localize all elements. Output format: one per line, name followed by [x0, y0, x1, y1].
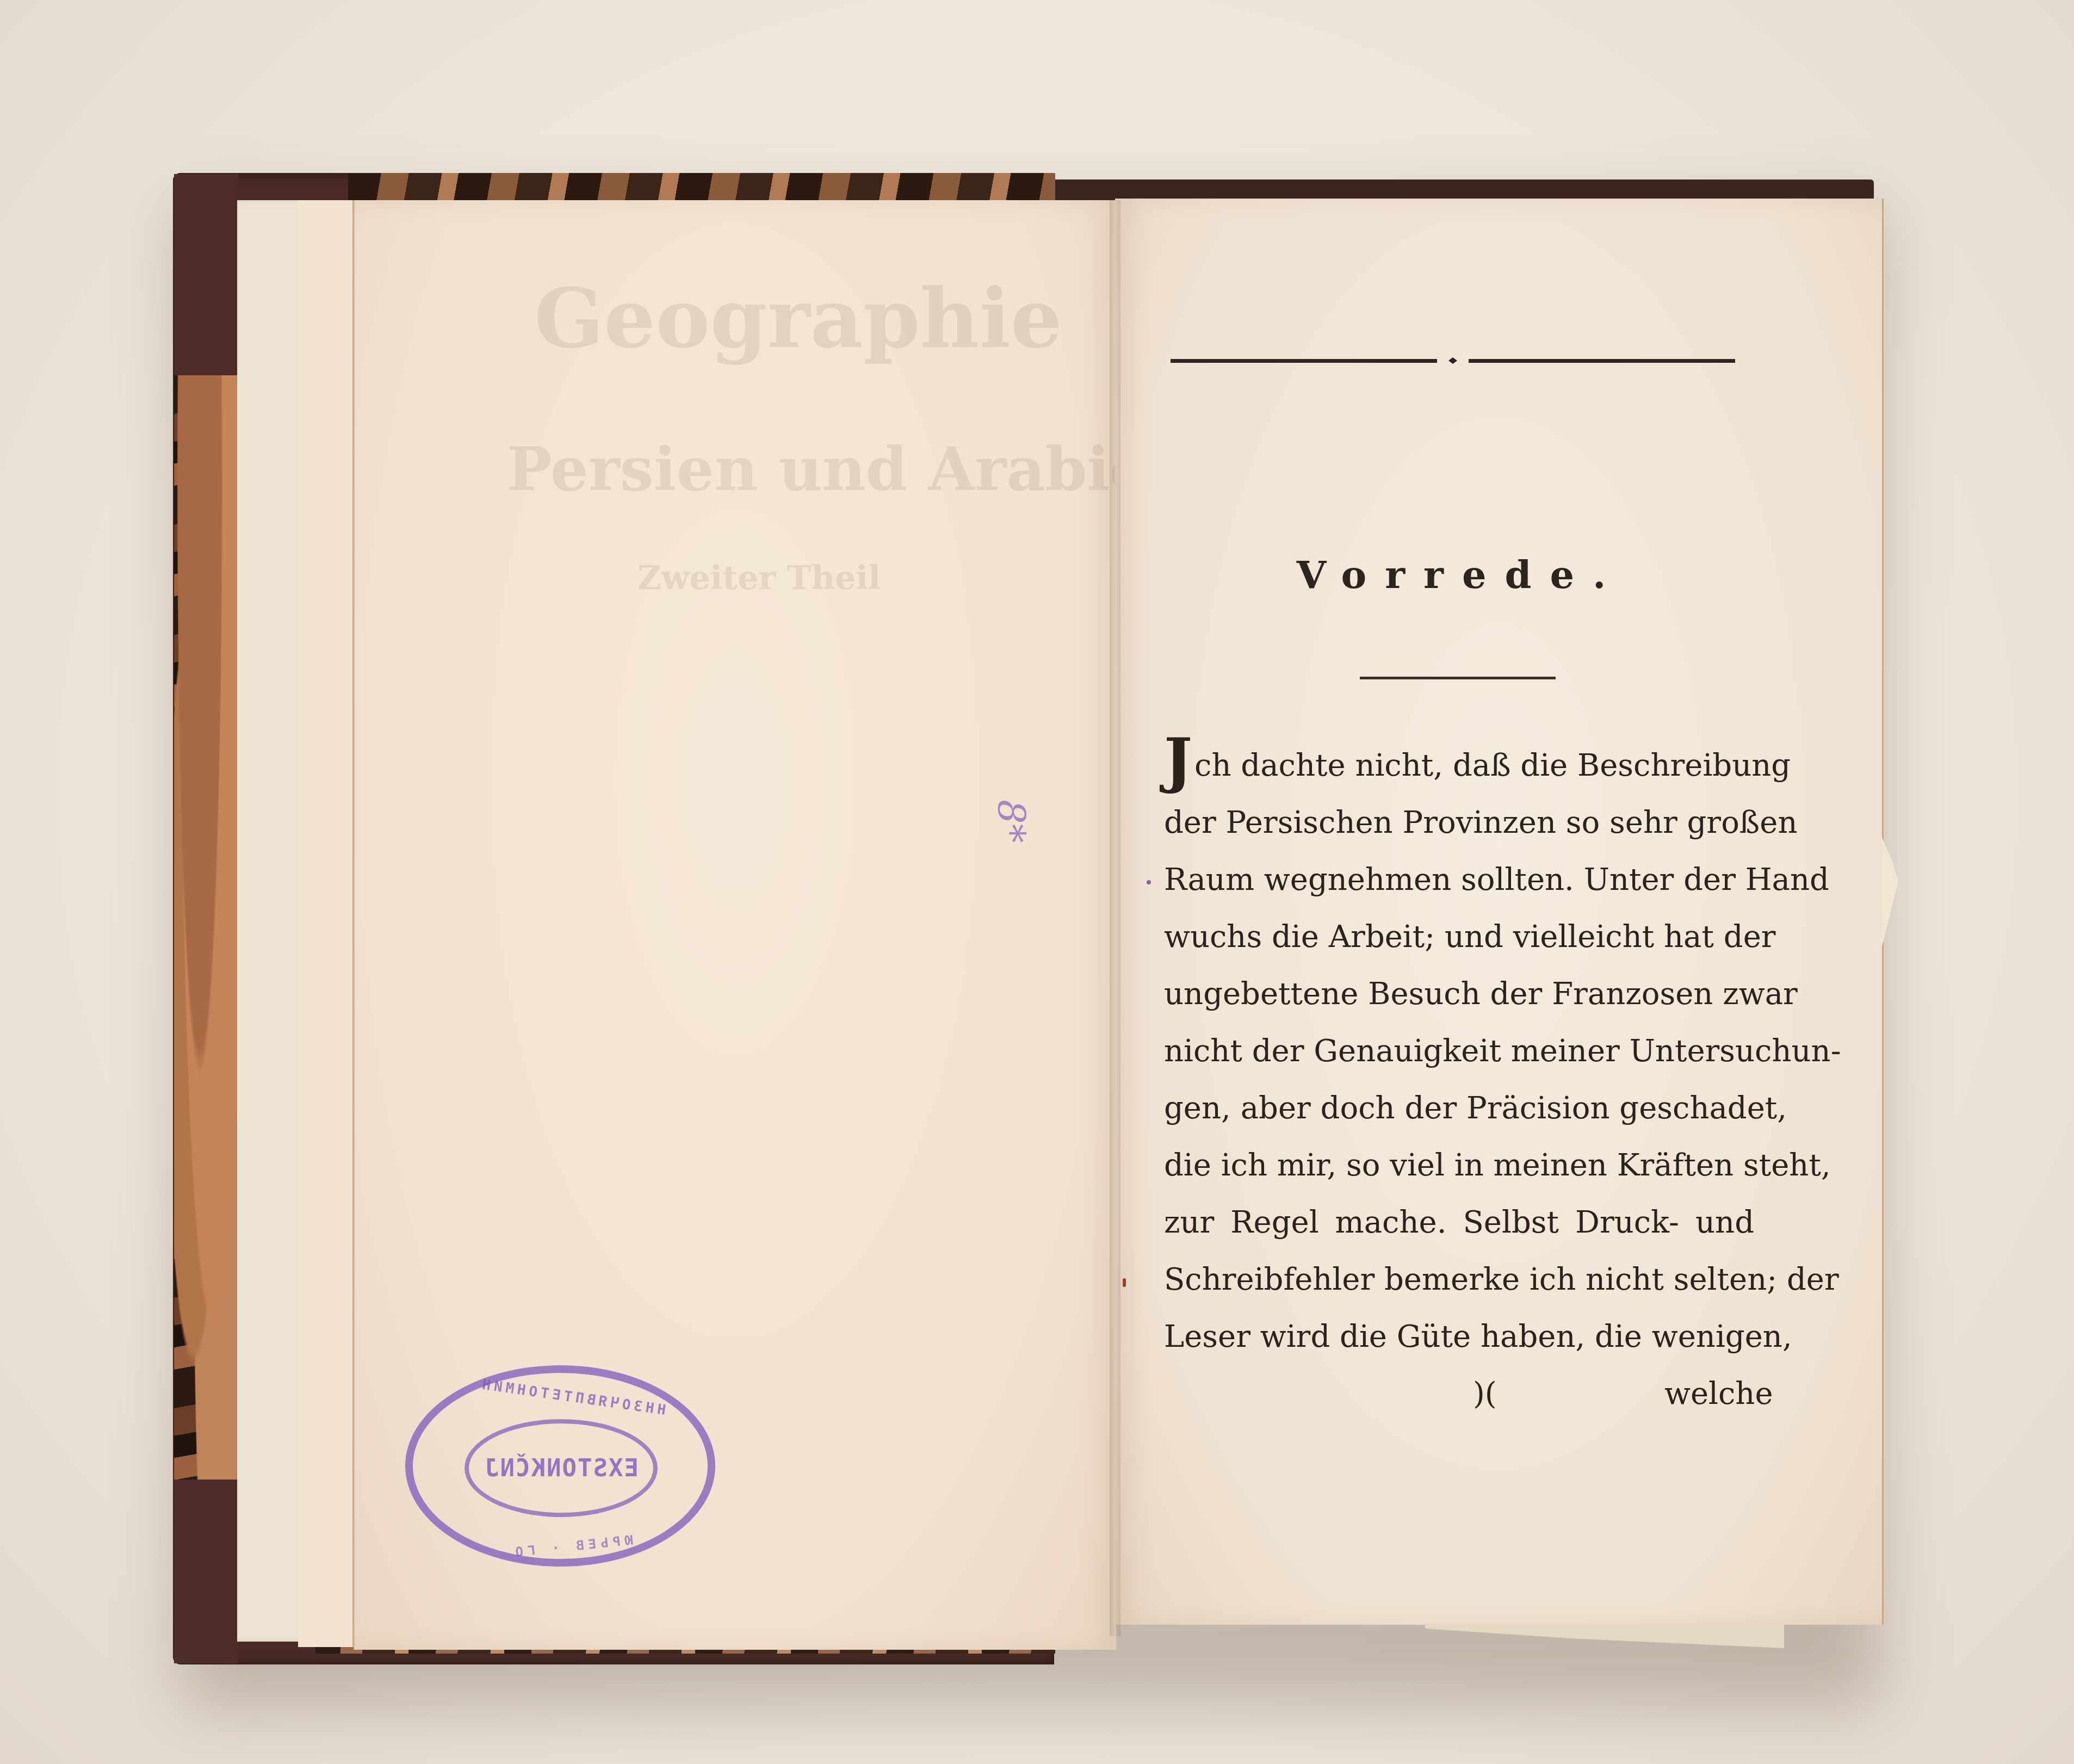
rule-right-bar	[1469, 359, 1735, 363]
stamp-ring-top-text: ННЗОЧЯВПТЕТОНМИН	[478, 1376, 667, 1419]
ornamental-rule	[1171, 355, 1735, 367]
bleed-through-subtitle: Persien und Arabien	[507, 434, 1191, 504]
drop-initial: J	[1164, 725, 1192, 795]
line-text: ch dachte nicht, daß die Beschreibung	[1194, 748, 1791, 783]
protruding-leaf-right	[1882, 838, 1898, 946]
handwritten-shelfmark: 8*	[989, 800, 1033, 843]
heading-underline-rule	[1360, 677, 1556, 679]
paper-blemish	[1123, 1278, 1126, 1287]
stamp-center-text: EXSTONKČNJ	[484, 1454, 639, 1482]
ink-dot	[1147, 880, 1151, 884]
bleed-through-part: Zweiter Theil	[637, 559, 881, 597]
library-stamp: ННЗОЧЯВПТЕТОНМИН EXSTONKČNJ ЮРЬЕВ · ГО	[405, 1365, 715, 1567]
stamp-ring-bottom-text: ЮРЬЕВ · ГО	[510, 1532, 633, 1560]
marbled-board-top	[348, 173, 1055, 200]
preface-body-text: Jch dachte nicht, daß die Beschreibung d…	[1164, 737, 1754, 1365]
text-line-9: zur Regel mache. Selbst Druck- und	[1164, 1194, 1754, 1251]
text-line-3: Raum wegnehmen sollten. Unter der Hand	[1164, 851, 1754, 908]
gutter-fold	[1110, 200, 1120, 1636]
marbled-board-edge	[174, 375, 238, 1480]
text-line-1: Jch dachte nicht, daß die Beschreibung	[1164, 737, 1754, 794]
book-cover-right-edge	[1053, 180, 1874, 201]
text-line-6: nicht der Genauigkeit meiner Untersuchun…	[1164, 1023, 1754, 1080]
text-line-5: ungebettene Besuch der Franzosen zwar	[1164, 965, 1754, 1023]
text-line-7: gen, aber doch der Präcision geschadet,	[1164, 1080, 1754, 1137]
text-line-2: der Persischen Provinzen so sehr großen	[1164, 794, 1754, 851]
chapter-heading: Vorrede.	[1169, 552, 1751, 597]
text-line-10: Schreibfehler bemerke ich nicht selten; …	[1164, 1251, 1754, 1308]
stamp-inner-oval: EXSTONKČNJ	[465, 1419, 658, 1517]
page-stack-edge	[298, 200, 354, 1647]
rule-diamond-ornament	[1448, 357, 1457, 364]
spine-leather-bottom	[174, 1480, 238, 1663]
bleed-through-title: Geographie	[534, 271, 1062, 367]
rule-left-bar	[1171, 359, 1437, 363]
text-line-8: die ich mir, so viel in meinen Kräften s…	[1164, 1137, 1754, 1194]
signature-mark: )(	[1473, 1376, 1497, 1412]
catchword: welche	[1664, 1376, 1773, 1412]
text-line-4: wuchs die Arbeit; und vielleicht hat der	[1164, 908, 1754, 965]
text-line-11: Leser wird die Güte haben, die wenigen,	[1164, 1308, 1754, 1365]
spine-leather-top	[174, 174, 238, 375]
